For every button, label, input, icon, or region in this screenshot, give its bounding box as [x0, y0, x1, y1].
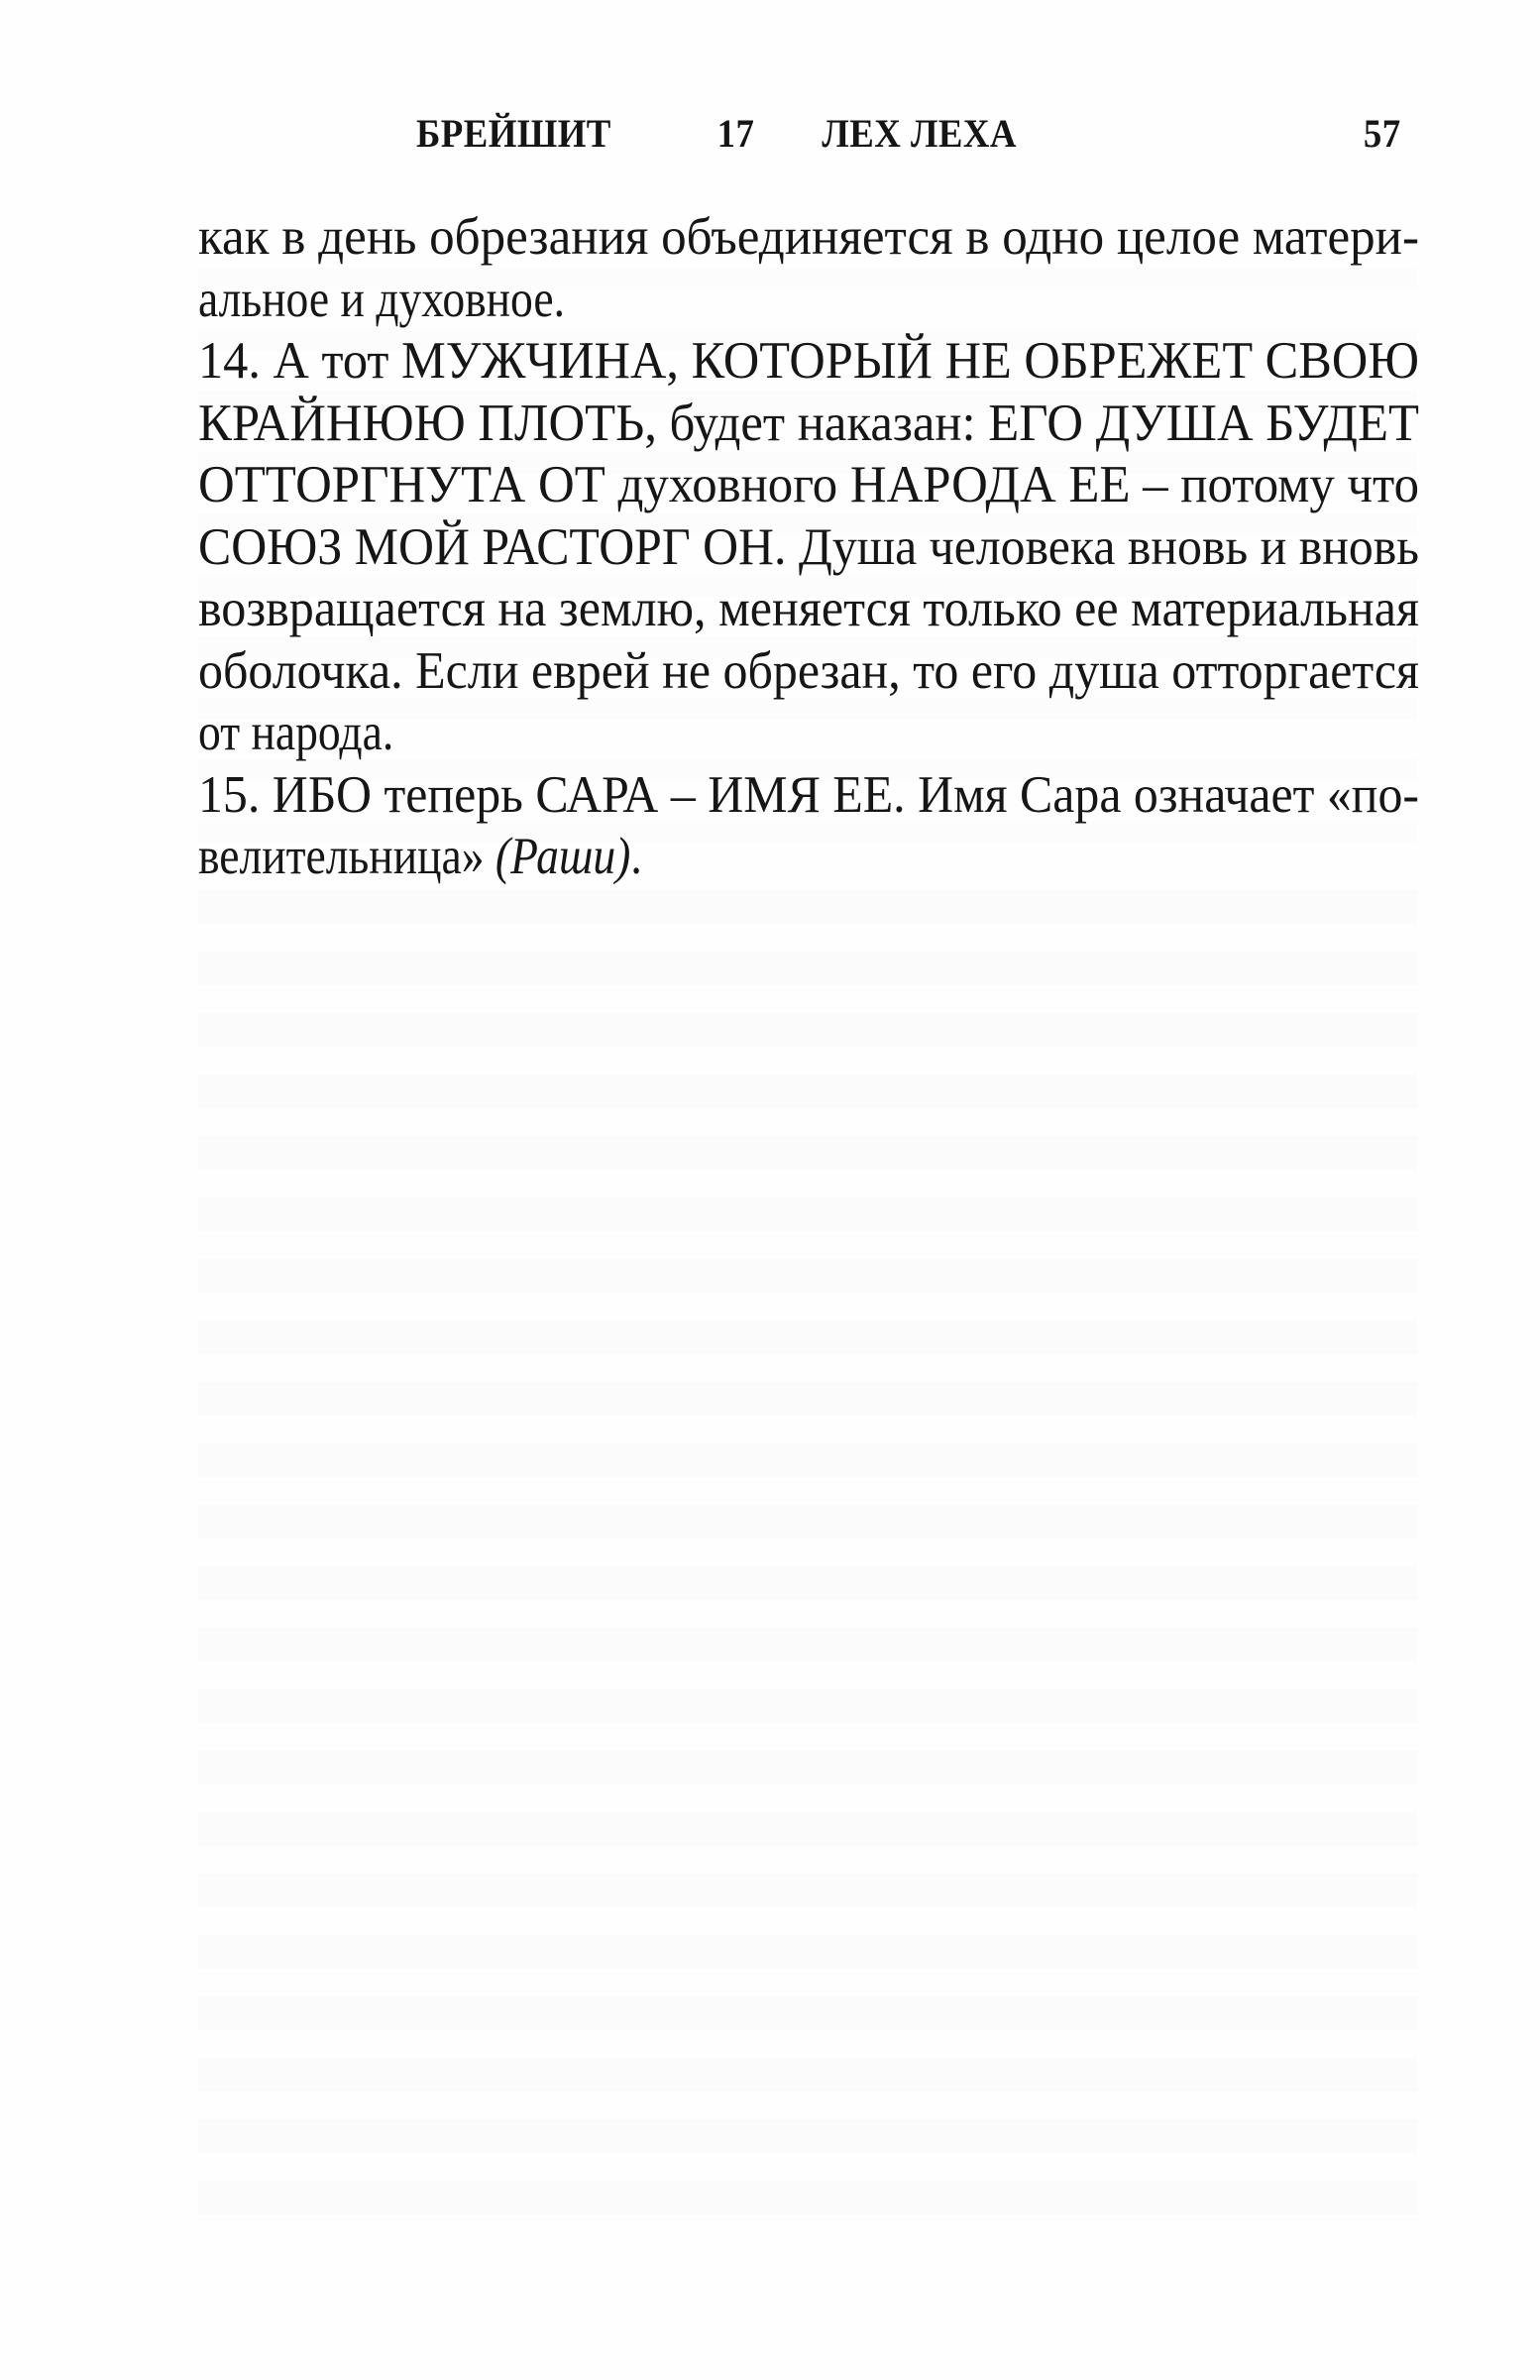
running-header: БРЕЙШИТ 17 ЛЕХ ЛЕХА 57	[416, 104, 1335, 164]
header-book-title: БРЕЙШИТ	[416, 104, 611, 164]
text-line: КРАЙНЮЮ ПЛОТЬ, будет наказан: ЕГО ДУША Б…	[198, 393, 1419, 455]
header-portion-title: ЛЕХ ЛЕХА	[822, 104, 1017, 164]
text-line: как в день обрезания объединяется в одно…	[198, 206, 1419, 269]
book-page: БРЕЙШИТ 17 ЛЕХ ЛЕХА 57 как в день обреза…	[0, 0, 1540, 2380]
body-text: как в день обрезания объединяется в одно…	[198, 206, 1419, 888]
header-chapter-number: 17	[717, 104, 755, 164]
verse-14-line: 14. А тот МУЖЧИНА, КОТОРЫЙ НЕ ОБРЕЖЕТ СВ…	[198, 330, 1419, 393]
end-punctuation: .	[630, 828, 641, 885]
text-fragment: велительница»	[198, 828, 485, 885]
text-line: альное и духовное.	[198, 269, 1249, 331]
text-line-last: велительница» (Раши).	[198, 826, 1249, 888]
text-line: СОЮЗ МОЙ РАСТОРГ ОН. Душа человека вновь…	[198, 516, 1419, 579]
verse-15-line: 15. ИБО теперь САРА – ИМЯ ЕЕ. Имя Сара о…	[198, 764, 1419, 827]
text-line: возвращается на землю, меняется только е…	[198, 578, 1419, 640]
text-line: от народа.	[198, 702, 1249, 764]
citation-rashi: (Раши)	[495, 828, 630, 885]
page-number: 57	[1364, 104, 1401, 164]
text-line: ОТТОРГНУТА ОТ духовного НАРОДА ЕЕ – пото…	[198, 454, 1419, 516]
text-line: оболочка. Если еврей не обрезан, то его …	[198, 640, 1419, 703]
show-through-texture	[198, 862, 1417, 2230]
